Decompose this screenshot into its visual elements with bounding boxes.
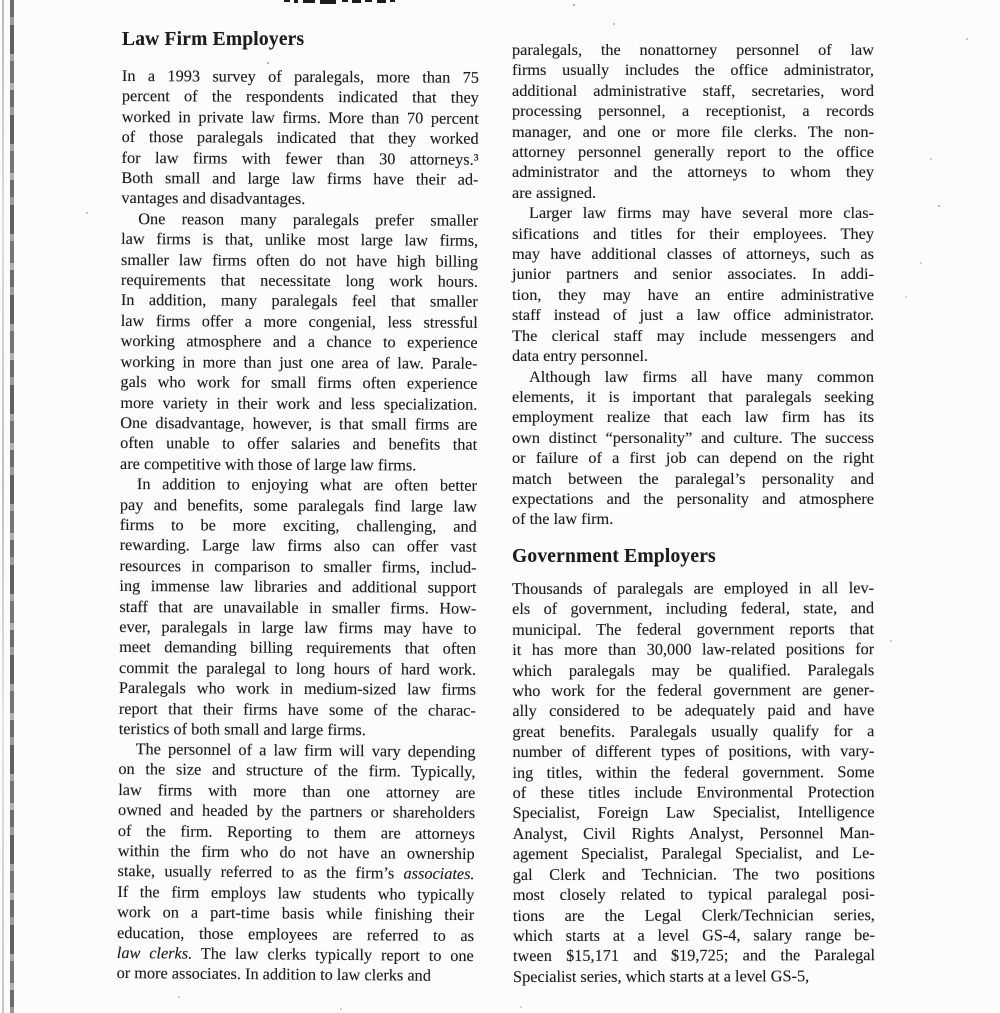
text-line: municipal. The federal government report… bbox=[512, 619, 874, 640]
text-line: processing personnel, a receptionist, a … bbox=[512, 101, 874, 121]
text-line: match between the paralegal’s personalit… bbox=[512, 469, 874, 489]
text-line: law firms is that, unlike most large law… bbox=[121, 229, 478, 251]
text-line: are competitive with those of large law … bbox=[120, 454, 477, 476]
text-line: worked in private law firms. More than 7… bbox=[122, 107, 479, 129]
section-heading-law-firm-employers: Law Firm Employers bbox=[122, 28, 479, 51]
text-line: ever, paralegals in large law firms may … bbox=[119, 617, 476, 639]
text-line: ing titles, within the federal governmen… bbox=[512, 761, 874, 782]
text-line: more variety in their work and less spec… bbox=[120, 392, 477, 414]
left-column: Law Firm Employers In a 1993 survey of p… bbox=[122, 28, 479, 984]
text-line: Specialist series, which starts at a lev… bbox=[513, 966, 875, 987]
text-line: Specialist, Foreign Law Specialist, Inte… bbox=[513, 802, 875, 823]
text-line: tions are the Legal Clerk/Technician ser… bbox=[513, 904, 875, 925]
text-line: Paralegals who work in medium-sized law … bbox=[119, 678, 476, 700]
text-line: tween $15,171 and $19,725; and the Paral… bbox=[513, 945, 875, 966]
paragraph: Although law firms all have many commone… bbox=[512, 367, 874, 530]
text-line: who work for the federal government are … bbox=[512, 680, 874, 701]
text-line: requirements that necessitate long work … bbox=[121, 270, 478, 292]
paragraph: One reason many paralegals prefer smalle… bbox=[120, 209, 478, 476]
paragraph: In a 1993 survey of paralegals, more tha… bbox=[121, 66, 479, 211]
paragraph: paralegals, the nonattorney personnel of… bbox=[512, 40, 874, 203]
left-column-paragraphs: In a 1993 survey of paralegals, more tha… bbox=[118, 66, 479, 986]
binding-edge-line-outer bbox=[2, 0, 4, 1013]
text-line: agement Specialist, Paralegal Specialist… bbox=[513, 843, 875, 864]
text-line: great benefits. Paralegals usually quali… bbox=[512, 721, 874, 742]
text-line: In a 1993 survey of paralegals, more tha… bbox=[122, 66, 479, 88]
text-line: law firms offer a more congenial, less s… bbox=[121, 311, 478, 333]
text-line: administrator and the attorneys to whom … bbox=[512, 162, 874, 182]
text-line: One reason many paralegals prefer smalle… bbox=[121, 209, 478, 231]
text-line: teristics of both small and large firms. bbox=[119, 719, 476, 741]
text-line: percent of the respondents indicated tha… bbox=[122, 86, 479, 108]
text-line: ing immense law libraries and additional… bbox=[119, 576, 476, 598]
text-line: firms usually includes the office admini… bbox=[512, 60, 874, 80]
right-column: paralegals, the nonattorney personnel of… bbox=[512, 40, 874, 987]
text-line: which paralegals may be qualified. Paral… bbox=[512, 659, 874, 680]
text-line: tion, they may have an entire administra… bbox=[512, 285, 874, 305]
text-line: own distinct “personality” and culture. … bbox=[512, 428, 874, 448]
text-line: junior partners and senior associates. I… bbox=[512, 264, 874, 284]
text-line: meet demanding billing requirements that… bbox=[119, 637, 476, 659]
text-line: data entry personnel. bbox=[512, 346, 874, 366]
text-line: working in more than just one area of la… bbox=[121, 352, 478, 374]
section-heading-government-employers: Government Employers bbox=[512, 545, 874, 568]
text-line: of the law firm. bbox=[512, 509, 874, 529]
text-line: vantages and disadvantages. bbox=[121, 188, 478, 210]
text-line: The clerical staff may include messenger… bbox=[512, 326, 874, 346]
text-line: employment realize that each law firm ha… bbox=[512, 407, 874, 427]
text-line: number of different types of positions, … bbox=[512, 741, 874, 762]
text-line: In addition to enjoying what are often b… bbox=[120, 474, 477, 496]
text-line: often unable to offer salaries and benef… bbox=[120, 433, 477, 455]
binding-edge-line-inner bbox=[10, 0, 14, 1013]
text-line: most closely related to typical paralega… bbox=[513, 884, 875, 905]
text-line: One disadvantage, however, is that small… bbox=[120, 413, 477, 435]
text-line: smaller law firms often do not have high… bbox=[121, 250, 478, 272]
text-line: may have additional classes of attorneys… bbox=[512, 244, 874, 264]
text-line: commit the paralegal to long hours of ha… bbox=[119, 658, 476, 680]
text-line: expectations and the personality and atm… bbox=[512, 489, 874, 509]
text-line: firms to be more exciting, challenging, … bbox=[120, 515, 477, 537]
paragraph: Larger law firms may have several more c… bbox=[512, 203, 874, 366]
text-line: paralegals, the nonattorney personnel of… bbox=[512, 40, 874, 60]
law-firm-continuation-paragraphs: paralegals, the nonattorney personnel of… bbox=[512, 40, 874, 530]
text-line: pay and benefits, some paralegals find l… bbox=[120, 495, 477, 517]
text-line: it has more than 30,000 law-related posi… bbox=[512, 639, 874, 660]
text-line: resources in comparison to smaller firms… bbox=[120, 556, 477, 578]
text-line: Both small and large law firms have thei… bbox=[121, 168, 478, 190]
text-line: working atmosphere and a chance to exper… bbox=[121, 331, 478, 353]
text-line: staff that are unavailable in smaller fi… bbox=[119, 597, 476, 619]
text-line: Larger law firms may have several more c… bbox=[512, 203, 874, 223]
text-line: or failure of a first job can depend on … bbox=[512, 448, 874, 468]
text-line: elements, it is important that paralegal… bbox=[512, 387, 874, 407]
text-line: Although law firms all have many common bbox=[512, 367, 874, 387]
text-line: gal Clerk and Technician. The two positi… bbox=[513, 863, 875, 884]
paragraph: The personnel of a law firm will vary de… bbox=[117, 739, 476, 987]
paragraph: In addition to enjoying what are often b… bbox=[119, 474, 477, 741]
text-line: additional administrative staff, secreta… bbox=[512, 81, 874, 101]
text-line: ally considered to be adequately paid an… bbox=[512, 700, 874, 721]
text-line: staff instead of just a law office admin… bbox=[512, 305, 874, 325]
text-line: sifications and titles for their employe… bbox=[512, 224, 874, 244]
scan-speck bbox=[573, 4, 575, 6]
text-line: Analyst, Civil Rights Analyst, Personnel… bbox=[513, 823, 875, 844]
government-paragraphs: Thousands of paralegals are employed in … bbox=[512, 578, 875, 987]
text-line: are assigned. bbox=[512, 183, 874, 203]
text-line: which starts at a level GS-4, salary ran… bbox=[513, 925, 875, 946]
paragraph: Thousands of paralegals are employed in … bbox=[512, 578, 875, 987]
text-line: rewarding. Large law firms also can offe… bbox=[120, 535, 477, 557]
text-line: In addition, many paralegals feel that s… bbox=[121, 290, 478, 312]
text-line: Thousands of paralegals are employed in … bbox=[512, 578, 874, 599]
text-line: for law firms with fewer than 30 attorne… bbox=[122, 148, 479, 170]
text-line: of these titles include Environmental Pr… bbox=[513, 782, 875, 803]
text-line: report that their firms have some of the… bbox=[119, 699, 476, 721]
text-line: of those paralegals indicated that they … bbox=[122, 127, 479, 149]
text-line: or more associates. In addition to law c… bbox=[117, 964, 474, 988]
text-line: gals who work for small firms often expe… bbox=[120, 372, 477, 394]
scanned-book-page: Law Firm Employers In a 1993 survey of p… bbox=[0, 0, 1000, 1013]
text-line: manager, and one or more file clerks. Th… bbox=[512, 122, 874, 142]
text-line: attorney personnel generally report to t… bbox=[512, 142, 874, 162]
text-line: els of government, including federal, st… bbox=[512, 598, 874, 619]
